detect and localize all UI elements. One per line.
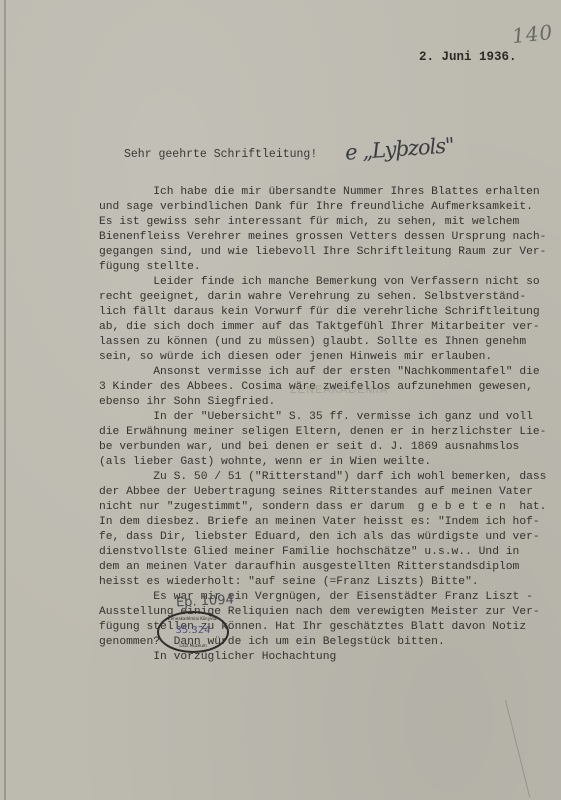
body-line: In der "Uebersicht" S. 35 ff. vermisse i… xyxy=(99,410,561,425)
body-line: In dem diesbez. Briefe an meinen Vater h… xyxy=(99,515,561,530)
folio-number: 140 xyxy=(511,20,554,48)
salutation: Sehr geehrte Schriftleitung! xyxy=(124,148,317,161)
body-line: der Abbee der Uebertragung seines Ritter… xyxy=(99,485,561,500)
body-line: (als lieber Gast) wohnte, wenn er in Wie… xyxy=(99,455,561,470)
body-line: recht geeignet, darin wahre Verehrung zu… xyxy=(99,290,561,305)
body-line: heisst es wiederholt: "auf seine (=Franz… xyxy=(99,575,561,590)
body-line: fügung stellte. xyxy=(99,260,561,275)
letter-page: 140 2. Juni 1936. Sehr geehrte Schriftle… xyxy=(0,0,561,800)
body-line: Leider finde ich manche Bemerkung von Ve… xyxy=(99,275,561,290)
body-line: und sage verbindlichen Dank für Ihre fre… xyxy=(99,200,561,215)
body-line: fe, dass Dir, liebster Eduard, den ich a… xyxy=(99,530,561,545)
body-line: be verbunden war, und bei denen er seit … xyxy=(99,440,561,455)
body-line: ebenso ihr Sohn Siegfried. xyxy=(99,395,561,410)
library-stamp: Zeneakadémiai Könyvtár 35.324 Liszt Múze… xyxy=(157,611,229,653)
stamp-number: 35.324 xyxy=(159,625,227,636)
body-line: nicht nur "zugestimmt", sondern dass er … xyxy=(99,500,561,515)
letter-body: Ich habe die mir übersandte Nummer Ihres… xyxy=(99,185,561,665)
paper-crease xyxy=(505,700,530,797)
letter-date: 2. Juni 1936. xyxy=(419,50,517,64)
body-line: lassen zu können (und zu müssen) glaubt.… xyxy=(99,335,561,350)
handwritten-annotation: e „Lyþzols" xyxy=(344,133,454,165)
body-line: dienstvollste Glied meiner Familie hochs… xyxy=(99,545,561,560)
body-line: Es war mir ein Vergnügen, der Eisenstädt… xyxy=(99,590,561,605)
body-line: In vorzüglicher Hochachtung xyxy=(99,650,561,665)
body-line: Es ist gewiss sehr interessant für mich,… xyxy=(99,215,561,230)
archive-number: Ep. 1094 xyxy=(176,592,235,610)
page-edge xyxy=(4,0,6,800)
body-line: Bienenfleiss Verehrer meines grossen Vet… xyxy=(99,230,561,245)
body-line: ab, die sich doch immer auf das Taktgefü… xyxy=(99,320,561,335)
stamp-top-text: Zeneakadémiai Könyvtár xyxy=(159,616,227,621)
body-line: 3 Kinder des Abbees. Cosima wäre zweifel… xyxy=(99,380,561,395)
body-line: sein, so würde ich diesen oder jenen Hin… xyxy=(99,350,561,365)
body-line: Ich habe die mir übersandte Nummer Ihres… xyxy=(99,185,561,200)
body-line: die Erwähnung meiner seligen Eltern, den… xyxy=(99,425,561,440)
body-line: lich fällt daraus kein Vorwurf für die v… xyxy=(99,305,561,320)
stamp-bottom-text: Liszt Múzeum xyxy=(159,643,227,648)
body-line: Zu S. 50 / 51 ("Ritterstand") darf ich w… xyxy=(99,470,561,485)
body-line: dem an meinen Vater daraufhin ausgestell… xyxy=(99,560,561,575)
body-line: Ansonst vermisse ich auf der ersten "Nac… xyxy=(99,365,561,380)
body-line: gegangen sind, und wie liebevoll Ihre Sc… xyxy=(99,245,561,260)
